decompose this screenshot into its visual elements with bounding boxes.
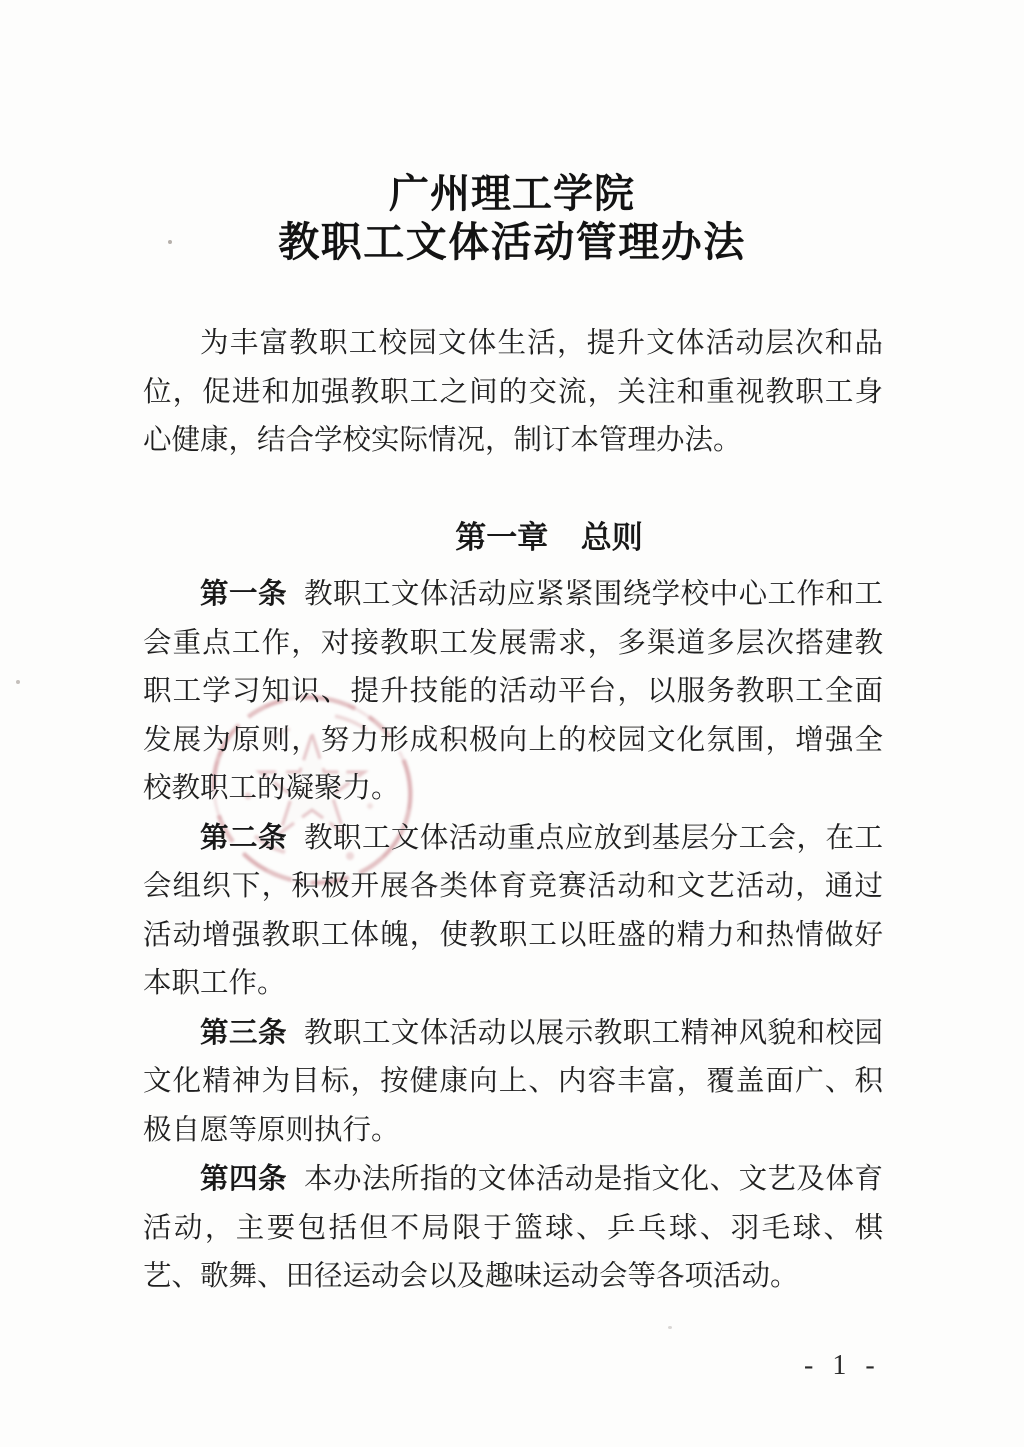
chapter-number: 第一章 bbox=[455, 520, 548, 555]
document-body: 为丰富教职工校园文体生活，提升文体活动层次和品位，促进和加强教职工之间的交流，关… bbox=[143, 320, 883, 1302]
scanned-document-page: 广州理工学院 教职工文体活动管理办法 为丰富教职工校园文体生活，提升文体活动层次… bbox=[0, 0, 1024, 1447]
document-title: 广州理工学院 教职工文体活动管理办法 bbox=[0, 170, 1024, 267]
scan-speck bbox=[168, 240, 172, 244]
article-2-number: 第二条 bbox=[200, 822, 287, 854]
article-4-paragraph: 第四条本办法所指的文体活动是指文化、文艺及体育活动，主要包括但不局限于篮球、乒乓… bbox=[143, 1155, 883, 1302]
title-line-1: 广州理工学院 bbox=[0, 170, 1024, 218]
scan-speck bbox=[668, 1326, 672, 1329]
title-line-2: 教职工文体活动管理办法 bbox=[0, 218, 1024, 267]
article-1-number: 第一条 bbox=[200, 578, 287, 610]
article-1-paragraph: 第一条教职工文体活动应紧紧围绕学校中心工作和工会重点工作，对接教职工发展需求，多… bbox=[143, 570, 883, 814]
chapter-heading: 第一章总则 bbox=[143, 514, 883, 563]
article-2-paragraph: 第二条教职工文体活动重点应放到基层分工会，在工会组织下，积极开展各类体育竞赛活动… bbox=[143, 814, 883, 1009]
intro-paragraph: 为丰富教职工校园文体生活，提升文体活动层次和品位，促进和加强教职工之间的交流，关… bbox=[143, 320, 883, 466]
article-3-number: 第三条 bbox=[200, 1017, 287, 1049]
page-number: - 1 - bbox=[804, 1350, 881, 1382]
scan-speck bbox=[16, 680, 20, 684]
article-3-paragraph: 第三条教职工文体活动以展示教职工精神风貌和校园文化精神为目标，按健康向上、内容丰… bbox=[143, 1009, 883, 1156]
article-4-number: 第四条 bbox=[200, 1163, 287, 1195]
chapter-title: 总则 bbox=[581, 520, 643, 555]
article-1-text: 教职工文体活动应紧紧围绕学校中心工作和工会重点工作，对接教职工发展需求，多渠道多… bbox=[143, 579, 883, 804]
